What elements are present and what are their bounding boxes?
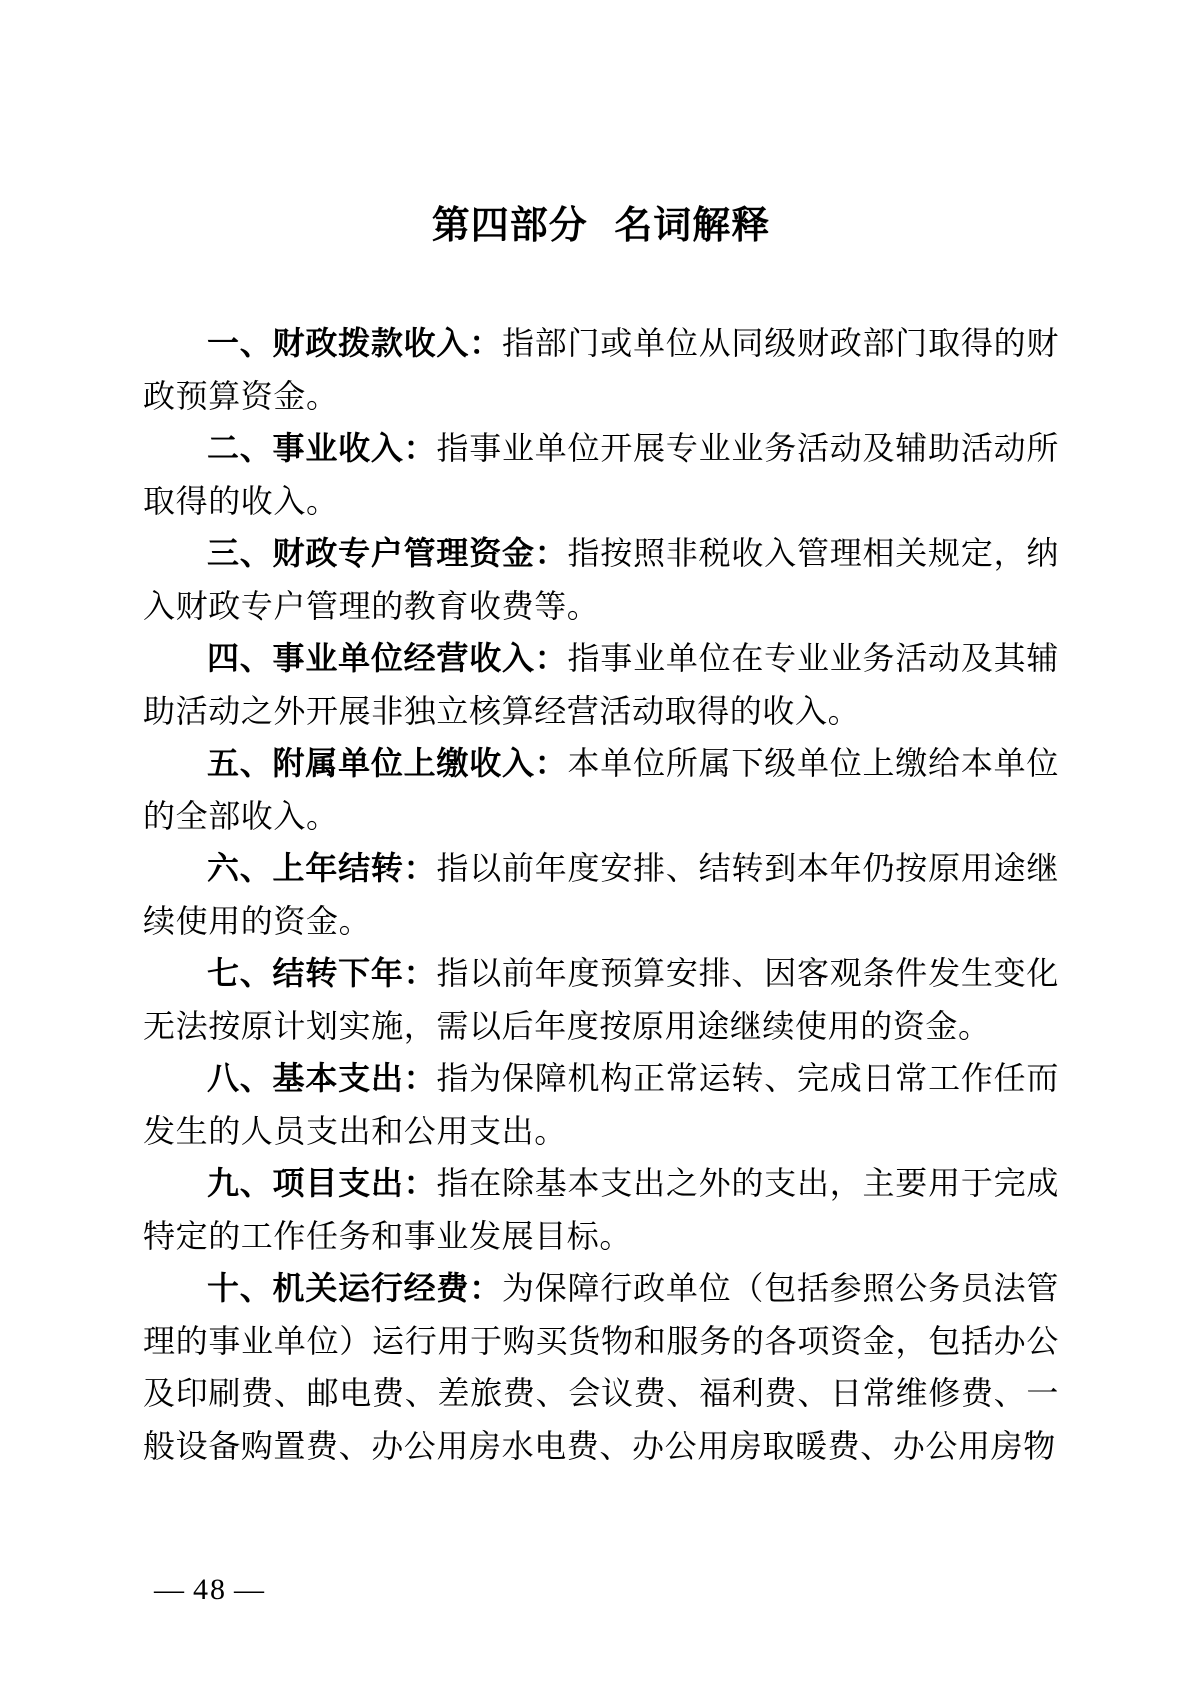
glossary-paragraph-3: 三、财政专户管理资金：指按照非税收入管理相关规定，纳入财政专户管理的教育收费等。 bbox=[143, 527, 1059, 632]
glossary-paragraph-9: 九、项目支出：指在除基本支出之外的支出，主要用于完成特定的工作任务和事业发展目标… bbox=[143, 1157, 1059, 1262]
term-label: 四、事业单位经营收入： bbox=[207, 640, 568, 676]
footer-left-dash: — bbox=[147, 1573, 193, 1606]
term-label: 八、基本支出： bbox=[207, 1060, 436, 1096]
footer-right-dash: — bbox=[227, 1573, 273, 1606]
term-label: 六、上年结转： bbox=[207, 850, 436, 886]
term-label: 十、机关运行经费： bbox=[207, 1270, 502, 1306]
page-content: 第四部分 名词解释 一、财政拨款收入：指部门或单位从同级财政部门取得的财政预算资… bbox=[143, 0, 1059, 1472]
glossary-paragraph-7: 七、结转下年：指以前年度预算安排、因客观条件发生变化无法按原计划实施，需以后年度… bbox=[143, 947, 1059, 1052]
glossary-paragraph-4: 四、事业单位经营收入：指事业单位在专业业务活动及其辅助活动之外开展非独立核算经营… bbox=[143, 632, 1059, 737]
glossary-paragraph-10: 十、机关运行经费：为保障行政单位（包括参照公务员法管理的事业单位）运行用于购买货… bbox=[143, 1262, 1059, 1472]
glossary-paragraph-5: 五、附属单位上缴收入：本单位所属下级单位上缴给本单位的全部收入。 bbox=[143, 737, 1059, 842]
term-label: 一、财政拨款收入： bbox=[207, 325, 502, 361]
page-title: 第四部分 名词解释 bbox=[143, 203, 1059, 249]
glossary-paragraph-1: 一、财政拨款收入：指部门或单位从同级财政部门取得的财政预算资金。 bbox=[143, 317, 1059, 422]
glossary-paragraph-2: 二、事业收入：指事业单位开展专业业务活动及辅助活动所取得的收入。 bbox=[143, 422, 1059, 527]
glossary-paragraph-8: 八、基本支出：指为保障机构正常运转、完成日常工作任而发生的人员支出和公用支出。 bbox=[143, 1052, 1059, 1157]
term-label: 五、附属单位上缴收入： bbox=[207, 745, 568, 781]
page-number-footer: —48— bbox=[147, 1570, 273, 1610]
document-page: 第四部分 名词解释 一、财政拨款收入：指部门或单位从同级财政部门取得的财政预算资… bbox=[0, 0, 1190, 1683]
glossary-paragraph-6: 六、上年结转：指以前年度安排、结转到本年仍按原用途继续使用的资金。 bbox=[143, 842, 1059, 947]
page-number: 48 bbox=[193, 1573, 227, 1606]
term-label: 二、事业收入： bbox=[207, 430, 436, 466]
term-label: 七、结转下年： bbox=[207, 955, 436, 991]
term-label: 九、项目支出： bbox=[207, 1165, 436, 1201]
term-label: 三、财政专户管理资金： bbox=[207, 535, 568, 571]
